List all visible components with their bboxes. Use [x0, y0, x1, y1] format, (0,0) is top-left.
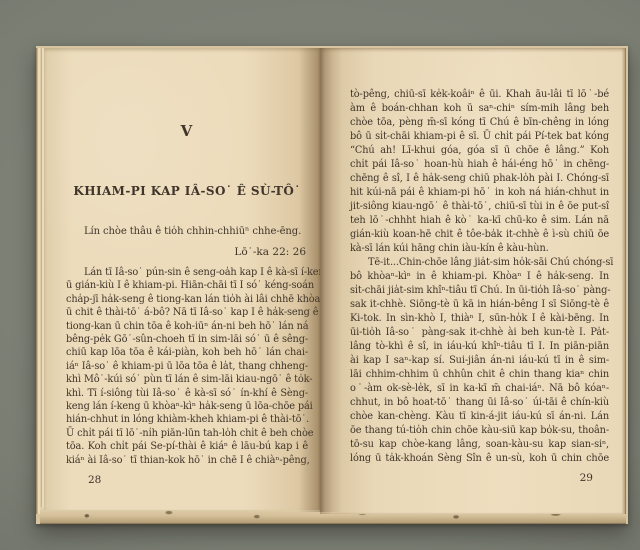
epigraph-reference: Lō˙-ka 22: 26: [66, 246, 306, 258]
body-line: jit-siông kiau-ngō˙ ê thài-tō˙, chiū-sī …: [350, 200, 609, 214]
body-line: Ū chi̍t pái tī lō˙-ni̍h piān-lūn tah-lo̍…: [66, 427, 308, 440]
left-page-number: 28: [88, 474, 101, 486]
body-line: chiū kap lōa tōa ê kái-piàn, koh beh hō˙…: [66, 346, 308, 359]
body-line: chhut, in bô hoat-tō˙ thang ūi Iâ-so˙ úi…: [350, 396, 609, 410]
body-line: àm ê boán-chhan koh ū saⁿ-chiⁿ sím-mih l…: [350, 102, 609, 116]
body-line: hit kúi-nā pái ê khiam-pi hō˙ in koh ná …: [350, 186, 609, 200]
body-line: lóng ū ta̍k-khoán Sèng Sîn ê un-sù, koh …: [350, 452, 609, 466]
body-line: o˙-àm ok-sè-le̍k, sī in ka-kī m̄ chai-iá…: [350, 382, 609, 396]
body-line: lāi chhim-chhim ū chhûn chit ê chin than…: [350, 368, 609, 382]
body-line: si̍t-chāi jia̍t-sim khîⁿ-tiâu tī Chú. In…: [350, 284, 609, 298]
body-line: tò-pêng, chiū-sī ke̍k-koâiⁿ ê ūi. Khah ā…: [350, 88, 609, 102]
body-line: chòe kan-chèng. Kàu tī kin-á-jit iáu-kú …: [350, 410, 609, 424]
body-line: bô ū si̍t-chāi khiam-pi ê sī. Ū chi̍t pá…: [350, 130, 609, 144]
body-line: tōa. Koh chi̍t pái Se-pí-thài ê kiáⁿ ê l…: [66, 440, 308, 453]
body-line: Tē-it...Chin-chōe lâng jia̍t-sim ho̍k-sā…: [350, 256, 609, 270]
chapter-title: KHIAM-PI KAP IÂ-SO˙ Ê SÙ-TÔ˙: [66, 184, 308, 198]
body-line: ū chit ê thài-tō˙ á-bô? Nā tī Iâ-so˙ kap…: [66, 306, 308, 319]
body-line: iáⁿ Iâ-so˙ ê khiam-pi ū lōa tōa ê la̍t, …: [66, 360, 308, 373]
left-page-body-text: Lán tī Iâ-so˙ pún-sin ê seng-oa̍h kap I …: [66, 266, 308, 467]
body-line: chòe tōa, pèng m̄-sī kóng tī Chú ê bīn-c…: [350, 116, 609, 130]
body-line: tiong-kan ū chin tōa ê koh-iūⁿ án-ni beh…: [66, 320, 308, 333]
body-line: sak it-chhè. Siōng-tè ū kā in hián-bêng …: [350, 298, 609, 312]
body-line: kà-sī lán kúi hāng chin iàu-kín ê kàu-hù…: [350, 242, 609, 256]
body-line: tō-su kap chòe-kang lâng, soan-kàu-su ka…: [350, 438, 609, 452]
body-line: kiáⁿ ài Iâ-so˙ tī thian-kok hō˙ in chē I…: [66, 454, 308, 467]
body-line: khì. Tī í-siông tùi Iâ-so˙ ê kà-sī só˙ í…: [66, 387, 308, 400]
left-page: V KHIAM-PI KAP IÂ-SO˙ Ê SÙ-TÔ˙ Lín chòe …: [44, 48, 320, 510]
body-line: bêng-pe̍k Gō˙-sûn-choeh tī in sim-lāi só…: [66, 333, 308, 346]
body-line: lâng tò-khì ê sî, in iáu-kú khîⁿ-tiâu tī…: [350, 340, 609, 354]
body-line: Ki-tok. In sìn-khò I, thiàⁿ I, sūn-ho̍k …: [350, 312, 609, 326]
body-line: “Chú ah! Lī-khui góa, góa sī ū chōe ê lâ…: [350, 144, 609, 158]
body-line: bô khòaⁿ-kìⁿ in ê khiam-pi. Khòaⁿ I ê ha…: [350, 270, 609, 284]
right-page-body-text: tò-pêng, chiū-sī ke̍k-koâiⁿ ê ūi. Khah ā…: [350, 88, 609, 466]
body-line: teh lō˙-chhht hiah ê kò˙ ka-kī chū-ko ê …: [350, 214, 609, 228]
chapter-number: V: [66, 122, 308, 140]
body-line: chēng ê sî, I ê ha̍k-seng chiū phak-lo̍h…: [350, 172, 609, 186]
body-line: chi̍t pái Iâ-so˙ hoan-hù hiah ê hái-éng …: [350, 158, 609, 172]
body-line: cha̍p-jī ha̍k-seng ê tiong-kan lán tio̍h…: [66, 293, 308, 306]
open-book: V KHIAM-PI KAP IÂ-SO˙ Ê SÙ-TÔ˙ Lín chòe …: [36, 46, 628, 524]
body-line: ōe thang tú-tio̍h chin chōe kàu-siū kap …: [350, 424, 609, 438]
body-line: gián-kiù koan-hē chit ê tôe-ba̍k it-chhè…: [350, 228, 609, 242]
body-line: ūi-tio̍h Iâ-so˙ pàng-sak it-chhè ài beh …: [350, 326, 609, 340]
body-line: keng lán í-keng ū khòaⁿ-kìⁿ ha̍k-seng ū …: [66, 400, 308, 413]
body-line: hián-chhut in lóng khiàm-kheh khiam-pi ê…: [66, 413, 308, 426]
body-line: khì Mô˙-kúi só˙ pùn tī lán ê sim-lāi kia…: [66, 373, 308, 386]
body-line: Lán tī Iâ-so˙ pún-sin ê seng-oa̍h kap I …: [66, 266, 308, 279]
body-line: ài kap I saⁿ-kap sí. Sui-jiân án-ni iáu-…: [350, 354, 609, 368]
body-line: ū gián-kiù I ê khiam-pi. Hiān-chāi tī I …: [66, 279, 308, 292]
right-page: tò-pêng, chiū-sī ke̍k-koâiⁿ ê ūi. Khah ā…: [320, 48, 626, 514]
right-page-number: 29: [580, 472, 593, 484]
epigraph-verse: Lín chòe thâu ê tio̍h chhin-chhiūⁿ chhe-…: [84, 226, 308, 237]
